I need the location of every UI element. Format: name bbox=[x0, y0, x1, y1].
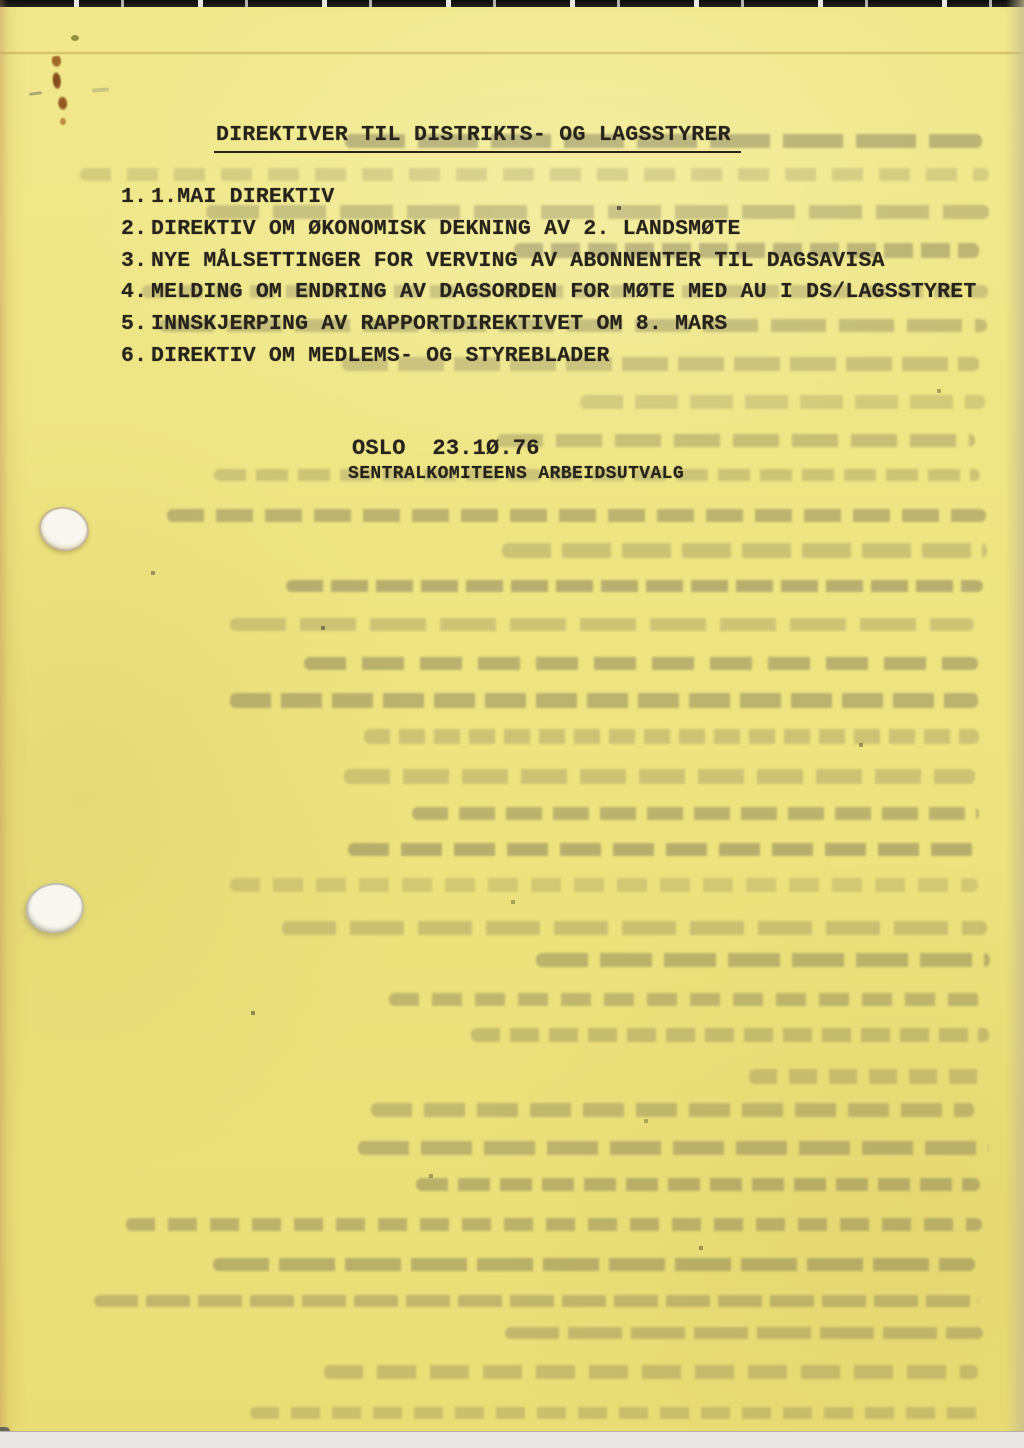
bleedthrough-line bbox=[230, 693, 978, 708]
bleedthrough-line bbox=[286, 580, 984, 592]
directive-label: 1.MAI DIREKTIV bbox=[151, 185, 334, 209]
pencil-mark bbox=[29, 91, 42, 96]
paper-edge-right bbox=[1006, 0, 1024, 1448]
directive-number: 3. bbox=[121, 246, 151, 278]
bleedthrough-line bbox=[250, 1407, 981, 1419]
bleedthrough-line bbox=[358, 1141, 988, 1155]
directive-label: DIREKTIV OM MEDLEMS- OG STYREBLADER bbox=[151, 344, 610, 368]
bleedthrough-line bbox=[324, 1365, 977, 1380]
bleedthrough-line bbox=[389, 993, 980, 1006]
bleedthrough-line bbox=[230, 878, 978, 892]
scanner-edge-bottom bbox=[0, 1431, 1024, 1448]
bleedthrough-line bbox=[304, 657, 978, 671]
bleedthrough-line bbox=[364, 729, 980, 743]
paper-fold-line bbox=[0, 52, 1024, 54]
directive-number: 4. bbox=[121, 277, 151, 309]
bleedthrough-line bbox=[167, 509, 986, 522]
punch-hole-bottom bbox=[23, 879, 87, 937]
document-title: DIREKTIVER TIL DISTRIKTS- OG LAGSSTYRER bbox=[214, 124, 741, 153]
bleedthrough-line bbox=[348, 843, 976, 856]
directive-label: NYE MÅLSETTINGER FOR VERVING AV ABONNENT… bbox=[151, 249, 885, 273]
bleedthrough-line bbox=[416, 1178, 980, 1192]
directive-number: 1. bbox=[121, 182, 151, 214]
directive-item: 3.NYE MÅLSETTINGER FOR VERVING AV ABONNE… bbox=[121, 246, 976, 278]
directive-label: MELDING OM ENDRING AV DAGSORDEN FOR MØTE… bbox=[151, 280, 976, 304]
green-speck bbox=[71, 35, 79, 41]
punch-hole-top bbox=[34, 502, 93, 557]
rust-stain bbox=[45, 55, 73, 115]
dust-specks bbox=[0, 0, 2, 2]
bleedthrough-line bbox=[536, 953, 990, 966]
directive-item: 6.DIREKTIV OM MEDLEMS- OG STYREBLADER bbox=[121, 341, 976, 373]
directive-item: 5.INNSKJERPING AV RAPPORTDIREKTIVET OM 8… bbox=[121, 309, 976, 341]
bleedthrough-line bbox=[344, 769, 975, 784]
bleedthrough-line bbox=[412, 807, 978, 819]
bleedthrough-line bbox=[580, 395, 986, 408]
directive-item: 2.DIREKTIV OM ØKONOMISK DEKNING AV 2. LA… bbox=[121, 214, 976, 246]
signoff-place-date: OSLO 23.1Ø.76 bbox=[352, 436, 540, 461]
directive-list: 1.1.MAI DIREKTIV 2.DIREKTIV OM ØKONOMISK… bbox=[121, 182, 976, 373]
bleedthrough-line bbox=[230, 618, 975, 631]
bleedthrough-line bbox=[371, 1103, 974, 1117]
bleedthrough-line bbox=[126, 1218, 982, 1232]
directive-number: 2. bbox=[121, 214, 151, 246]
bleedthrough-line bbox=[213, 1258, 975, 1271]
bleedthrough-line bbox=[505, 1327, 983, 1339]
bleedthrough-line bbox=[80, 168, 989, 181]
scanner-edge-top bbox=[0, 0, 1024, 7]
directive-label: DIREKTIV OM ØKONOMISK DEKNING AV 2. LAND… bbox=[151, 217, 741, 241]
bleedthrough-line bbox=[94, 1295, 979, 1307]
bleedthrough-line bbox=[471, 1028, 988, 1042]
scanned-document-page: DIREKTIVER TIL DISTRIKTS- OG LAGSSTYRER … bbox=[0, 0, 1024, 1448]
directive-item: 1.1.MAI DIREKTIV bbox=[121, 182, 976, 214]
directive-number: 5. bbox=[121, 309, 151, 341]
bleedthrough-line bbox=[502, 543, 987, 557]
bleedthrough-line bbox=[749, 1069, 989, 1084]
pencil-mark bbox=[92, 87, 109, 92]
bleedthrough-line bbox=[497, 434, 975, 447]
bleedthrough-line bbox=[282, 921, 988, 936]
signoff-organization: SENTRALKOMITEENS ARBEIDSUTVALG bbox=[348, 464, 684, 484]
directive-item: 4.MELDING OM ENDRING AV DAGSORDEN FOR MØ… bbox=[121, 277, 976, 309]
directive-number: 6. bbox=[121, 341, 151, 373]
directive-label: INNSKJERPING AV RAPPORTDIREKTIVET OM 8. … bbox=[151, 312, 728, 336]
paper-edge-left bbox=[0, 0, 8, 1448]
rust-stain-dot bbox=[60, 118, 66, 125]
